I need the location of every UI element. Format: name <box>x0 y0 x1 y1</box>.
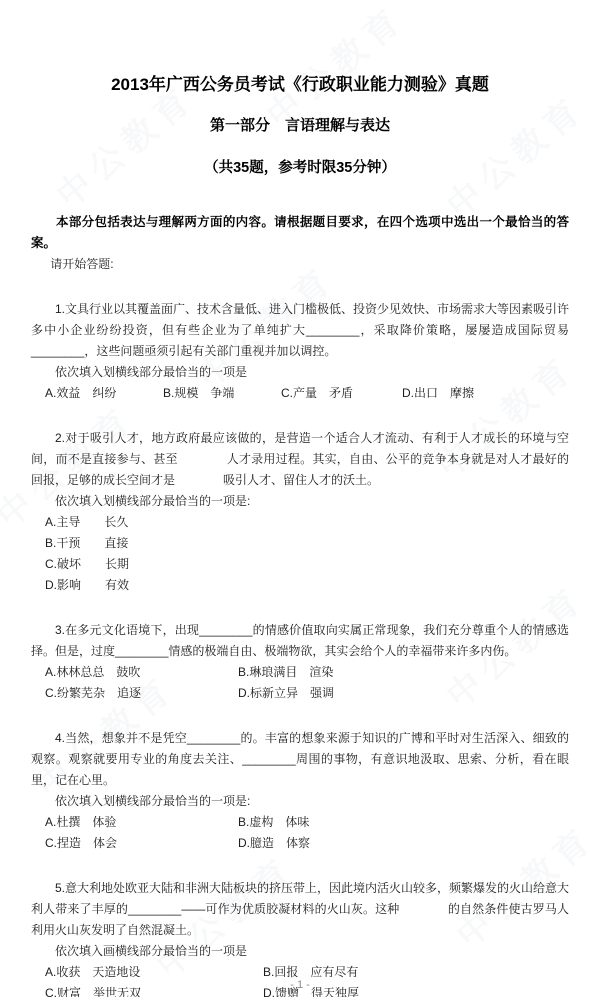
question-4-stem: 4.当然，想象并不是凭空________的。丰富的想象来源于知识的广博和平时对生… <box>31 728 569 791</box>
question-5-stem: 5.意大利地处欧亚大陆和非洲大陆板块的挤压带上，因此境内活火山较多，频繁爆发的火… <box>31 878 569 941</box>
option-d: D.臆造 体察 <box>238 833 569 854</box>
page-number: - 1 - <box>0 979 600 991</box>
option-c: C.破坏 长期 <box>45 554 569 575</box>
page-title: 2013年广西公务员考试《行政职业能力测验》真题 <box>31 74 569 96</box>
question-1-instruction: 依次填入划横线部分最恰当的一项是 <box>31 362 569 383</box>
option-b: B.干预 直接 <box>45 533 569 554</box>
option-d: D.标新立异 强调 <box>238 683 569 704</box>
question-2-options: A.主导 长久B.干预 直接C.破坏 长期D.影响 有效 <box>45 512 569 596</box>
question-3-options: A.林林总总 鼓吹B.琳琅满目 渲染C.纷繁芜杂 追逐D.标新立异 强调 <box>45 662 569 704</box>
question-3-stem: 3.在多元文化语境下，出现________的情感价值取向实属正常现象，我们充分尊… <box>31 620 569 662</box>
section-title: 第一部分 言语理解与表达 <box>31 116 569 136</box>
question-3: 3.在多元文化语境下，出现________的情感价值取向实属正常现象，我们充分尊… <box>31 620 569 704</box>
question-5-instruction: 依次填入画横线部分最恰当的一项是 <box>31 941 569 962</box>
question-4: 4.当然，想象并不是凭空________的。丰富的想象来源于知识的广博和平时对生… <box>31 728 569 854</box>
start-prompt: 请开始答题: <box>31 254 569 275</box>
option-b: B.虚构 体味 <box>238 812 569 833</box>
question-2-instruction: 依次填入划横线部分最恰当的一项是: <box>31 491 569 512</box>
option-c: C.纷繁芜杂 追逐 <box>45 683 238 704</box>
question-1: 1.文具行业以其覆盖面广、技术含量低、进入门槛极低、投资少见效快、市场需求大等因… <box>31 299 569 404</box>
option-c: C.捏造 体会 <box>45 833 238 854</box>
option-a: A.林林总总 鼓吹 <box>45 662 238 683</box>
section-meta: （共35题，参考时限35分钟） <box>31 158 569 178</box>
option-a: A.效益 纠纷 <box>45 383 163 404</box>
question-2: 2.对于吸引人才，地方政府最应该做的，是营造一个适合人才流动、有利于人才成长的环… <box>31 428 569 596</box>
question-1-stem: 1.文具行业以其覆盖面广、技术含量低、进入门槛极低、投资少见效快、市场需求大等因… <box>31 299 569 362</box>
option-b: B.规模 争端 <box>163 383 281 404</box>
intro-text: 本部分包括表达与理解两方面的内容。请根据题目要求，在四个选项中选出一个最恰当的答… <box>31 212 569 254</box>
document-content: 2013年广西公务员考试《行政职业能力测验》真题 第一部分 言语理解与表达 （共… <box>0 0 600 997</box>
option-d: D.影响 有效 <box>45 575 569 596</box>
option-b: B.琳琅满目 渲染 <box>238 662 569 683</box>
option-c: C.产量 矛盾 <box>281 383 402 404</box>
question-2-stem: 2.对于吸引人才，地方政府最应该做的，是营造一个适合人才流动、有利于人才成长的环… <box>31 428 569 491</box>
option-a: A.杜撰 体验 <box>45 812 238 833</box>
option-a: A.主导 长久 <box>45 512 569 533</box>
option-d: D.出口 摩擦 <box>402 383 569 404</box>
question-4-instruction: 依次填入划横线部分最恰当的一项是: <box>31 791 569 812</box>
document-page: 中公教育 中公教育 中公教育 中公教育 中公教育 中公教育 中公教育 中公教育 … <box>0 0 600 997</box>
question-4-options: A.杜撰 体验B.虚构 体味C.捏造 体会D.臆造 体察 <box>45 812 569 854</box>
question-1-options: A.效益 纠纷B.规模 争端C.产量 矛盾D.出口 摩擦 <box>45 383 569 404</box>
